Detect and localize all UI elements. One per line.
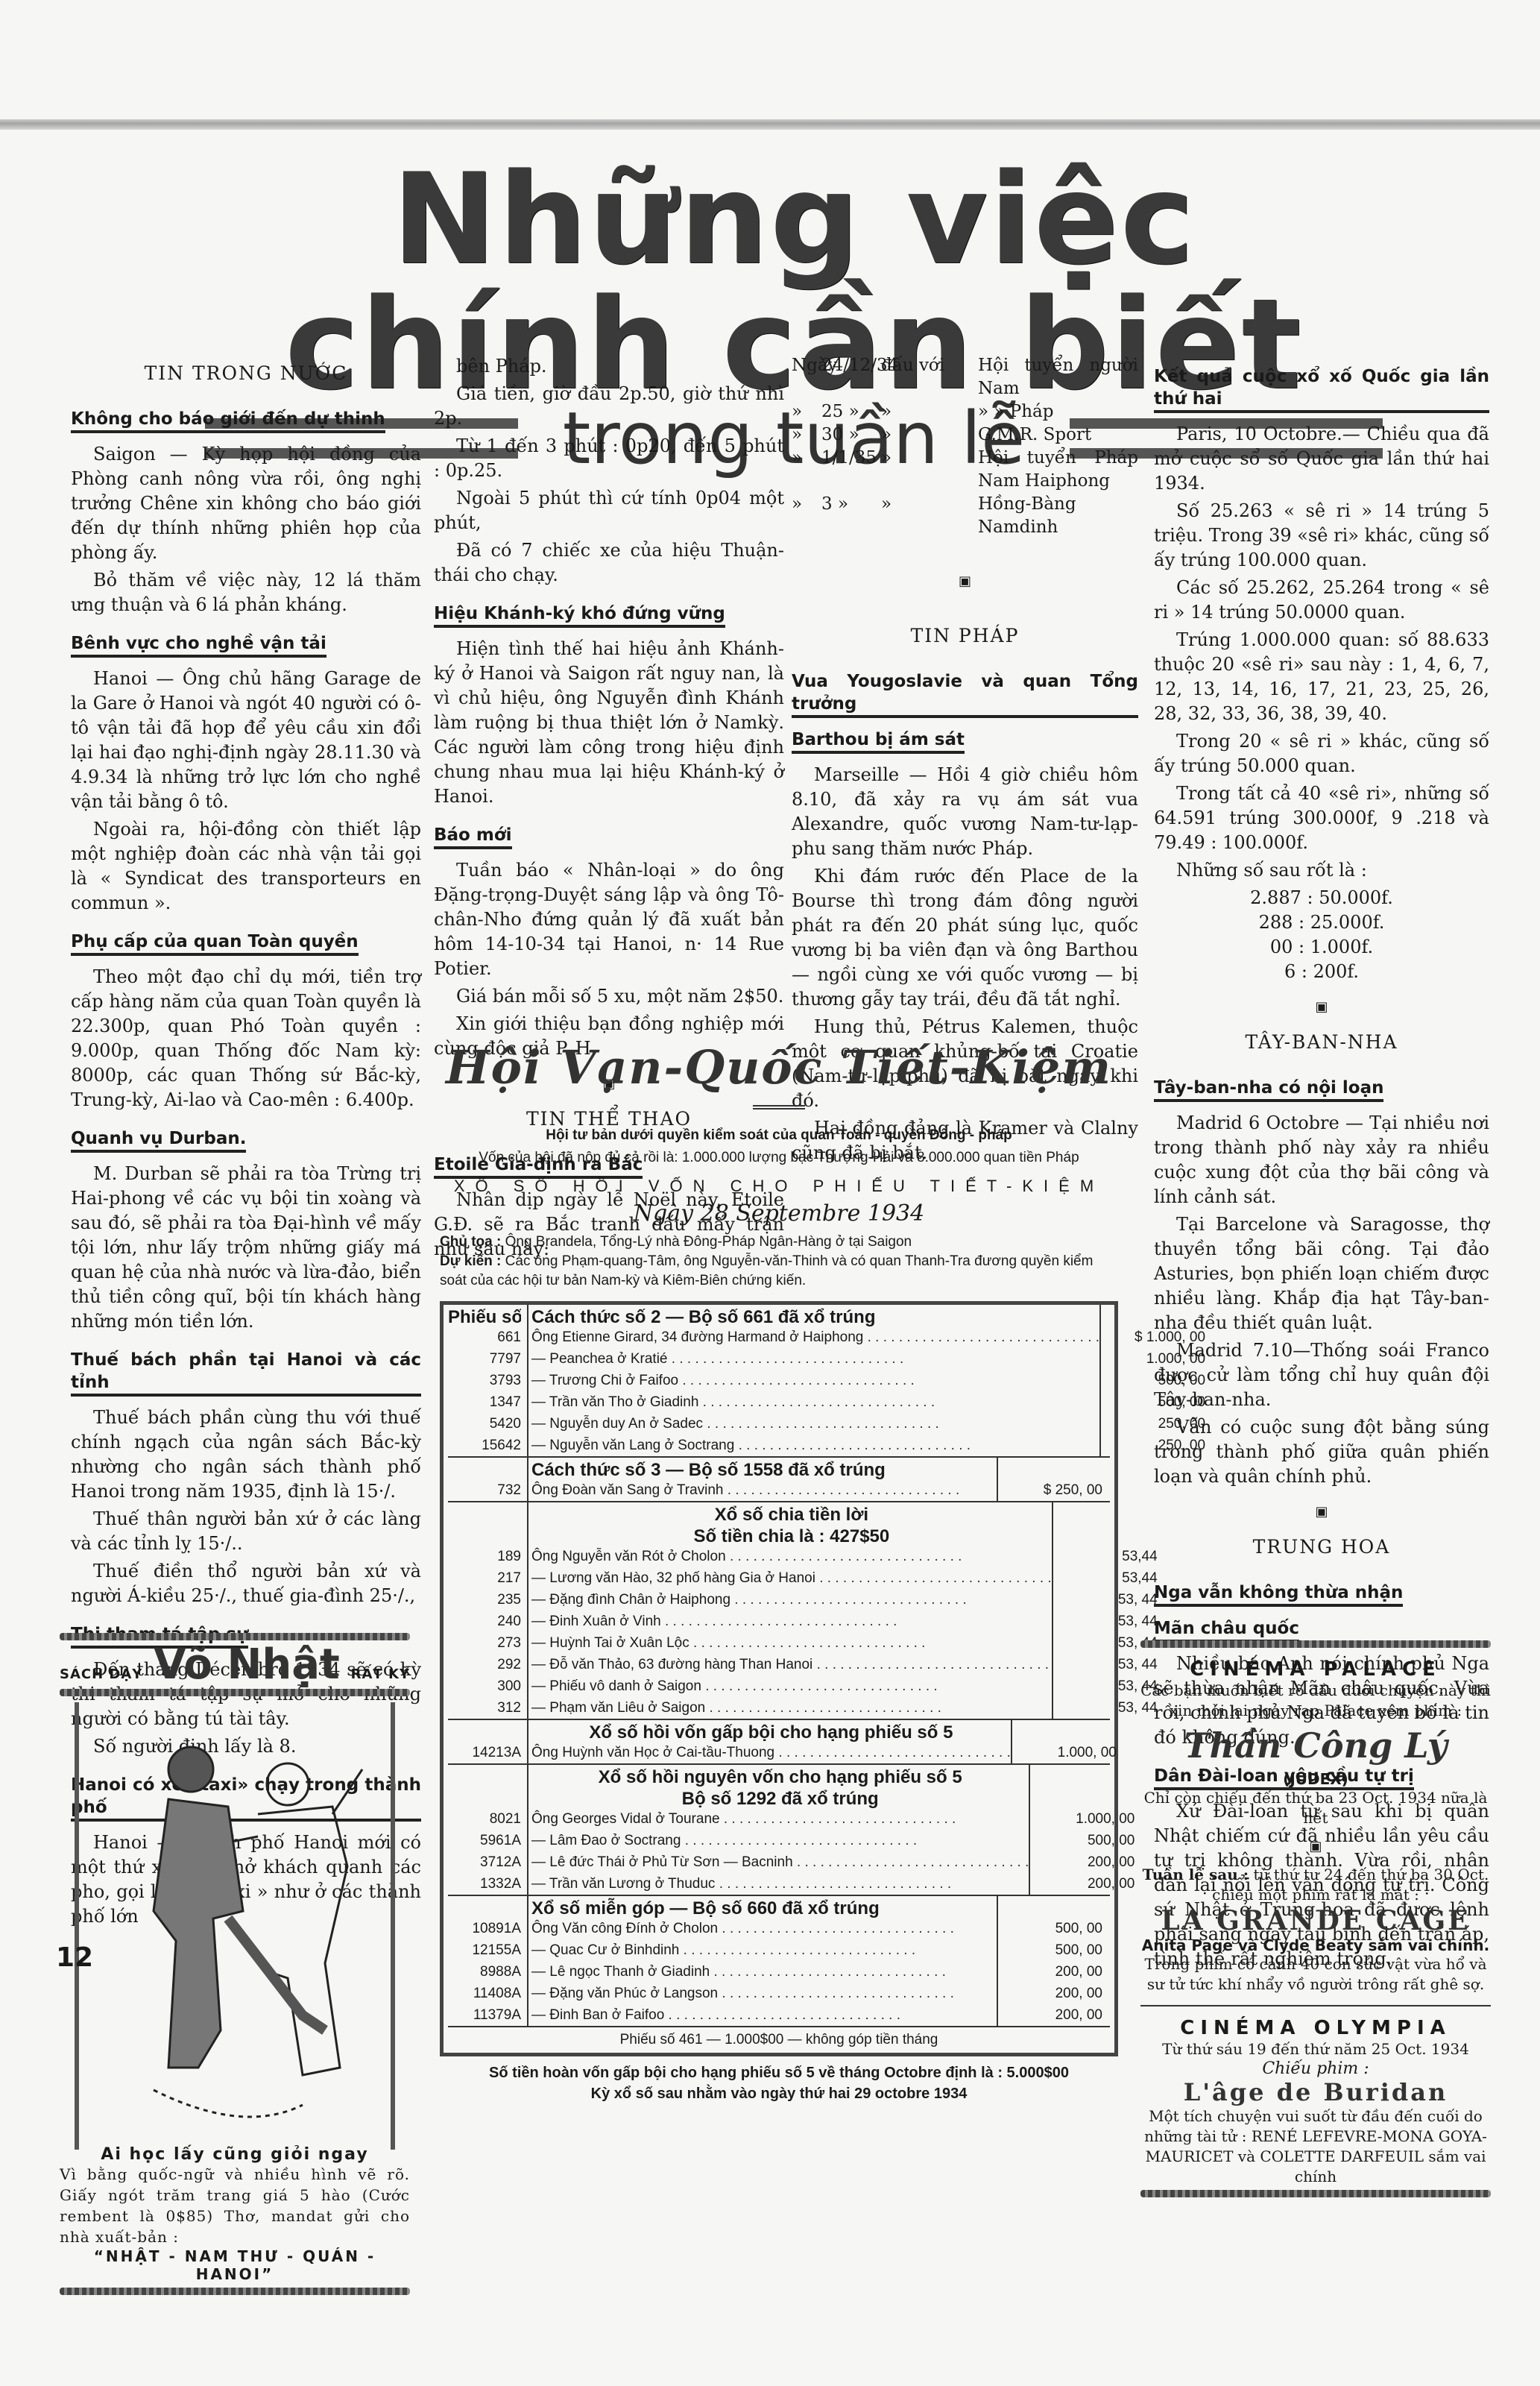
film-description: Một tích chuyện vui suốt từ đầu đến cuối… xyxy=(1140,2106,1491,2187)
ticket-number: 1332A xyxy=(448,1873,521,1895)
prize-amount: 500, 00 xyxy=(998,1939,1102,1961)
fixture-cell: » » Pháp xyxy=(978,400,1138,424)
advert-cinema-palace: CINÉMA PALACE Các bạn muốn biết rõ đầu đ… xyxy=(1140,1640,1491,2197)
group-title: Xổ số hồi vốn gấp bội cho hạng phiếu số … xyxy=(531,1720,1011,1742)
group-title: Xổ số hồi nguyên vốn cho hạng phiếu số 5 xyxy=(531,1765,1029,1787)
prize-amount: 500, 00 xyxy=(1030,1830,1135,1851)
article-paragraph: Những số sau rốt là : xyxy=(1154,858,1489,883)
fixture-cell: » xyxy=(881,447,978,493)
ticket-number: 5961A xyxy=(448,1830,521,1851)
prize-amount: 500, 00 xyxy=(1101,1370,1205,1391)
table-footer: Phiếu số 461 — 1.000$00 — không góp tiền… xyxy=(448,2027,1110,2053)
prize-amounts: 500, 00500, 00200, 00200, 00200, 00 xyxy=(998,1896,1110,2026)
article-paragraph: Tuần báo « Nhân-loại » do ông Đặng-trọng… xyxy=(434,858,784,981)
article-headline: Nga vẫn không thừa nhận xyxy=(1154,1581,1403,1607)
ad-publisher: “NHẬT - NAM THƯ - QUÁN - HANOI” xyxy=(60,2247,410,2283)
fixture-cell: » xyxy=(881,493,978,539)
winner-name: — Quac Cư ở Binhdinh xyxy=(531,1939,997,1961)
divider xyxy=(753,1105,805,1109)
fixture-row: »25 »»» » Pháp xyxy=(792,400,1138,424)
film-cast: Anita Page và Clyde Beaty sắm vai chính. xyxy=(1140,1936,1491,1954)
winner-name: — Trần văn Tho ở Giadinh xyxy=(531,1391,1099,1413)
fixture-cell: » xyxy=(792,400,821,424)
page-number: 12 xyxy=(56,1942,93,1973)
headline-row: Bênh vực cho nghề vận tải xyxy=(71,620,421,667)
fixture-cell: Hồng-Bàng Namdinh xyxy=(978,493,1138,539)
ad-body: Vì bằng quốc-ngữ và nhiều hình vẽ rõ. Gi… xyxy=(60,2164,410,2247)
article-paragraph: Theo một đạo chỉ dụ mới, tiền trợ cấp hà… xyxy=(71,965,421,1112)
article-paragraph: Thuế bách phần cùng thu với thuế chính n… xyxy=(71,1406,421,1504)
next-week-note: chiếu một phim rất lạ mắt : xyxy=(1140,1885,1491,1905)
article-paragraph: Bỏ thăm về việc này, 12 lá thăm ưng thuậ… xyxy=(71,568,421,617)
article-paragraph: Paris, 10 Octobre.— Chiều qua đã mở cuộc… xyxy=(1154,422,1489,496)
prize-amount: 200, 00 xyxy=(998,1961,1102,1983)
film-description: Trong phim có cảnh 40 con súc vật vừa hổ… xyxy=(1140,1954,1491,1995)
article-paragraph: Khi đám rước đến Place de la Bourse thì … xyxy=(792,864,1138,1012)
spacer xyxy=(448,1502,521,1524)
winner-name: Ông Huỳnh văn Học ở Cai-tầu-Thuong xyxy=(531,1742,1011,1763)
result-group: 80215961A3712A1332AXổ số hồi nguyên vốn … xyxy=(448,1765,1110,1896)
article-paragraph: Trong tất cả 40 «sê ri», những số 64.591… xyxy=(1154,781,1489,855)
prize-row: 288 : 25.000f. xyxy=(1154,910,1489,935)
ticket-number: 3712A xyxy=(448,1851,521,1873)
ad-pre: SÁCH DẠY xyxy=(60,1666,142,1682)
article-headline: Kết quả cuộc xổ xố Quốc gia lần thứ hai xyxy=(1154,365,1489,413)
headline-row: Thuế bách phần tại Hanoi và các tỉnh xyxy=(71,1337,421,1406)
winner-name: — Trương Chi ở Faifoo xyxy=(531,1370,1099,1391)
top-border-rule xyxy=(0,119,1540,130)
refund-note: Số tiền hoàn vốn gấp bội cho hạng phiếu … xyxy=(440,2062,1118,2083)
winner-name: — Nguyễn duy An ở Sadec xyxy=(531,1413,1099,1435)
article-paragraph: Thuế điền thổ người bản xứ và người Á-ki… xyxy=(71,1559,421,1608)
film-title: LA GRANDE CAGE xyxy=(1140,1905,1491,1936)
winner-name: — Đinh Xuân ở Vinh xyxy=(531,1611,1052,1632)
news-article: Báo mớiTuần báo « Nhân-loại » do ông Đặn… xyxy=(434,812,784,1061)
film-title: Thần Công Lý xyxy=(1140,1725,1491,1766)
article-headline: Báo mới xyxy=(434,824,512,849)
fixture-cell: 30 » xyxy=(821,424,881,447)
winner-names: Xổ số hồi vốn gấp bội cho hạng phiếu số … xyxy=(528,1720,1012,1763)
ticket-number: 189 xyxy=(448,1546,521,1567)
article-paragraph: Hanoi — Ông chủ hãng Garage de la Gare ở… xyxy=(71,667,421,814)
article-headline: Hiệu Khánh-ký khó đứng vững xyxy=(434,602,725,628)
ornamental-border xyxy=(60,1633,410,1640)
ornamental-border xyxy=(60,1689,410,1696)
winner-names: Cách thức số 2 — Bộ số 661 đã xổ trúngÔn… xyxy=(528,1305,1101,1456)
winner-name: — Lương văn Hào, 32 phố hàng Gia ở Hanoi xyxy=(531,1567,1052,1589)
news-article: Bênh vực cho nghề vận tảiHanoi — Ông chủ… xyxy=(71,620,421,916)
news-article: Phụ cấp của quan Toàn quyềnTheo một đạo … xyxy=(71,919,421,1112)
winner-name: — Đặng đình Chân ở Haiphong xyxy=(531,1589,1052,1611)
ticket-number: 15642 xyxy=(448,1435,521,1456)
ticket-number: 235 xyxy=(448,1589,521,1611)
prize-amounts: $ 250, 00 xyxy=(998,1458,1110,1501)
article-headline: Mãn châu quốc xyxy=(1154,1617,1299,1643)
fixture-cell: » xyxy=(792,447,821,493)
ticket-number: 1347 xyxy=(448,1391,521,1413)
article-paragraph: Các số 25.262, 25.264 trong « sê ri » 14… xyxy=(1154,576,1489,625)
spacer xyxy=(448,1524,521,1546)
prize-row: 2.887 : 50.000f. xyxy=(1154,886,1489,910)
ornamental-border xyxy=(1140,2190,1491,2197)
winner-name: Ông Georges Vidal ở Tourane xyxy=(531,1808,1029,1830)
prize-amount: 250, 00 xyxy=(1101,1435,1205,1456)
article-paragraph: Marseille — Hồi 4 giờ chiều hôm 8.10, đã… xyxy=(792,763,1138,861)
ticket-number: 8988A xyxy=(448,1961,521,1983)
ticket-numbers: 10891A12155A8988A11408A11379A xyxy=(448,1896,528,2026)
fixture-cell: Hội tuyển người Nam xyxy=(978,354,1138,400)
savings-lottery-advert: Hội Vạn-Quốc Tiết-Kiệm Hội tư bản dưới q… xyxy=(440,1040,1118,2104)
draw-date: Ngày 28 Septembre 1934 xyxy=(440,1200,1118,1227)
prize-amount: 200, 00 xyxy=(998,2004,1102,2026)
winner-name: — Lê ngọc Thanh ở Giadinh xyxy=(531,1961,997,1983)
prize-amount: 500, 00 xyxy=(1101,1391,1205,1413)
fixture-cell: G.M.R. Sport xyxy=(978,424,1138,447)
spacer xyxy=(448,1896,521,1918)
next-week-label: Tuần lễ sau : xyxy=(1143,1866,1249,1883)
result-group: 10891A12155A8988A11408A11379AXổ số miễn … xyxy=(448,1896,1110,2027)
prize-amount: 200, 00 xyxy=(1030,1873,1135,1895)
prize-amount: 53,44 xyxy=(1053,1567,1158,1589)
article-paragraph: Saigon — Kỳ họp hội đồng của Phòng canh … xyxy=(71,442,421,565)
ticket-number: 312 xyxy=(448,1697,521,1719)
ornamental-border xyxy=(60,2288,410,2295)
article-headline: Barthou bị ám sát xyxy=(792,728,965,754)
winner-name: — Đặng văn Phúc ở Langson xyxy=(531,1983,997,2004)
winner-name: — Lâm Đao ở Soctrang xyxy=(531,1830,1029,1851)
spacer xyxy=(448,1765,521,1787)
article-paragraph: Giá bán mỗi số 5 xu, một năm 2$50. xyxy=(434,984,784,1009)
ticket-number: 11408A xyxy=(448,1983,521,2004)
prize-amounts: 1.000, 00 xyxy=(1012,1720,1124,1763)
winner-names: Xổ số chia tiền lờiSố tiền chia là : 427… xyxy=(528,1502,1053,1719)
fixture-row: »30 »»G.M.R. Sport xyxy=(792,424,1138,447)
spacer xyxy=(1053,1502,1158,1524)
spacer xyxy=(998,1896,1102,1918)
news-article: Quanh vụ Durban.M. Durban sẽ phải ra tòa… xyxy=(71,1115,421,1334)
article-paragraph: Ngoài ra, hội-đồng còn thiết lập một ngh… xyxy=(71,817,421,916)
article-paragraph: Trúng 1.000.000 quan: số 88.633 thuộc 20… xyxy=(1154,628,1489,726)
ticket-number: 3793 xyxy=(448,1370,521,1391)
ticket-number: 8021 xyxy=(448,1808,521,1830)
fixture-cell: 24/12/34 xyxy=(821,354,881,400)
fixture-row: »3 »»Hồng-Bàng Namdinh xyxy=(792,493,1138,539)
fixture-cell: » xyxy=(881,424,978,447)
fixture-row: Ngày24/12/34đấu vớiHội tuyển người Nam xyxy=(792,354,1138,400)
martial-arts-illustration-icon xyxy=(109,1717,377,2135)
ticket-numbers: 80215961A3712A1332A xyxy=(448,1765,528,1895)
winner-names: Xổ số hồi nguyên vốn cho hạng phiếu số 5… xyxy=(528,1765,1030,1895)
group-title: Xổ số miễn góp — Bộ số 660 đã xổ trúng xyxy=(531,1896,997,1918)
prize-amount: $ 1.000, 00 xyxy=(1101,1326,1205,1348)
result-group: 14213AXổ số hồi vốn gấp bội cho hạng phi… xyxy=(448,1720,1110,1765)
winner-name: — Huỳnh Tai ở Xuân Lộc xyxy=(531,1632,1052,1654)
article-headline: Tây-ban-nha có nội loạn xyxy=(1154,1077,1383,1102)
cinema-name: CINÉMA PALACE xyxy=(1140,1658,1491,1681)
prize-amount: 250, 00 xyxy=(1101,1413,1205,1435)
witness-value: Các ông Phạm-quang-Tâm, ông Nguyễn-văn-T… xyxy=(440,1253,1093,1288)
winner-name: — Đinh Ban ở Faifoo xyxy=(531,2004,997,2026)
ticket-number: 10891A xyxy=(448,1918,521,1939)
ticket-number: 217 xyxy=(448,1567,521,1589)
ticket-number: 661 xyxy=(448,1326,521,1348)
spacer xyxy=(998,1458,1102,1479)
prize-row: 6 : 200f. xyxy=(1154,960,1489,984)
section-title: TÂY-BAN-NHA xyxy=(1154,1030,1489,1054)
cinema-name: CINÉMA OLYMPIA xyxy=(1140,2017,1491,2039)
result-group: Phiếu số661779737931347542015642Cách thứ… xyxy=(448,1305,1110,1458)
article-continuation: bên Pháp.Giá tiền, giờ đầu 2p.50, giờ th… xyxy=(434,354,784,588)
news-article: Hiệu Khánh-ký khó đứng vữngHiện tình thế… xyxy=(434,591,784,809)
film-title: L'âge de Buridan xyxy=(1140,2078,1491,2106)
article-paragraph: Hiện tình thế hai hiệu ảnh Khánh-ký ở Ha… xyxy=(434,637,784,809)
ticket-number: 273 xyxy=(448,1632,521,1654)
article-paragraph: Trong 20 « sê ri » khác, cũng số ấy trún… xyxy=(1154,729,1489,778)
article-headline: Vua Yougoslavie và quan Tổng trưởng xyxy=(792,670,1138,718)
ornament-icon: ▣ xyxy=(1154,995,1489,1019)
group-subtitle: Số tiền chia là : 427$50 xyxy=(531,1524,1052,1546)
article-headline: Thuế bách phần tại Hanoi và các tỉnh xyxy=(71,1349,421,1397)
divider xyxy=(1140,2005,1491,2006)
winner-name: — Đỗ văn Thảo, 63 đường hàng Than Hanoi xyxy=(531,1654,1052,1675)
winner-name: Ông Văn công Đính ở Cholon xyxy=(531,1918,997,1939)
prize-amount: 1.000, 00 xyxy=(1030,1808,1135,1830)
prize-row: 00 : 1.000f. xyxy=(1154,935,1489,960)
ornament-icon: ▣ xyxy=(1154,1499,1489,1524)
showing-until: Chỉ còn chiếu đến thứ ba 23 Oct. 1934 nữ… xyxy=(1140,1788,1491,1828)
prize-amount: 200, 00 xyxy=(998,1983,1102,2004)
section-title: TRUNG HOA xyxy=(1154,1534,1489,1559)
ticket-numbers: Phiếu số661779737931347542015642 xyxy=(448,1305,528,1456)
group-title: Cách thức số 2 — Bộ số 661 đã xổ trúng xyxy=(531,1305,1099,1326)
winner-names: Cách thức số 3 — Bộ số 1558 đã xổ trúngÔ… xyxy=(528,1458,998,1501)
winner-names: Xổ số miễn góp — Bộ số 660 đã xổ trúngÔn… xyxy=(528,1896,998,2026)
group-title: Cách thức số 3 — Bộ số 1558 đã xổ trúng xyxy=(531,1458,997,1479)
spacer xyxy=(448,1787,521,1808)
article-headline: Quanh vụ Durban. xyxy=(71,1127,246,1153)
ticket-numbers: 189217235240273292300312 xyxy=(448,1502,528,1719)
prize-amount: 1.000, 00 xyxy=(1101,1348,1205,1370)
news-article: Không cho báo giới đến dự thinhSaigon — … xyxy=(71,396,421,617)
article-paragraph: Giá tiền, giờ đầu 2p.50, giờ thứ nhì 2p. xyxy=(434,382,784,431)
prize-amount: $ 250, 00 xyxy=(998,1479,1102,1501)
headline-row: Phụ cấp của quan Toàn quyền xyxy=(71,919,421,965)
article-paragraph: Từ 1 đến 3 phút : 0p20, đến 5 phút : 0p.… xyxy=(434,434,784,483)
article-paragraph: bên Pháp. xyxy=(434,354,784,379)
spacer xyxy=(1101,1305,1205,1326)
fixture-cell: » xyxy=(881,400,978,424)
lottery-brand: Hội Vạn-Quốc Tiết-Kiệm xyxy=(440,1040,1118,1095)
headline-row: Hiệu Khánh-ký khó đứng vững xyxy=(434,591,784,637)
headline-row: Quanh vụ Durban. xyxy=(71,1115,421,1162)
prize-amount: 1.000, 00 xyxy=(1012,1742,1117,1763)
article-paragraph: Thuế thân người bản xứ ở các làng và các… xyxy=(71,1507,421,1556)
results-table: Phiếu số661779737931347542015642Cách thứ… xyxy=(440,1301,1118,2056)
section-title: TIN PHÁP xyxy=(792,623,1138,648)
next-draw-note: Kỳ xổ số sau nhằm vào ngày thứ hai 29 oc… xyxy=(440,2083,1118,2104)
ticket-number: 732 xyxy=(448,1479,521,1501)
fixture-cell: 3 » xyxy=(821,493,881,539)
winner-name: Ông Đoàn văn Sang ở Travinh xyxy=(531,1479,997,1501)
lottery-line-2: Vốn của hội đã nộp đủ cả rồi là: 1.000.0… xyxy=(440,1147,1118,1169)
witness-label: Dự kiến : xyxy=(440,1253,501,1269)
ticket-number: 14213A xyxy=(448,1742,521,1763)
spacer xyxy=(448,1720,521,1742)
fixture-cell: » xyxy=(792,493,821,539)
prize-amounts: 1.000, 00500, 00200, 00200, 00 xyxy=(1030,1765,1142,1895)
spacer xyxy=(448,1458,521,1479)
chair-value: Ông Brandela, Tổng-Lý nhà Đông-Pháp Ngân… xyxy=(505,1234,912,1250)
group-subtitle: Bộ số 1292 đã xổ trúng xyxy=(531,1787,1029,1808)
lottery-line-1: Hội tư bản dưới quyền kiểm soát của quan… xyxy=(440,1124,1118,1147)
article-paragraph: Số 25.263 « sê ri » 14 trúng 5 triệu. Tr… xyxy=(1154,499,1489,573)
next-week-dates: từ thứ tư 24 đến thứ ba 30 Oct. xyxy=(1253,1866,1489,1883)
section-title: TIN TRONG NƯỚC xyxy=(71,361,421,385)
prize-amount: 500, 00 xyxy=(998,1918,1102,1939)
prize-amount: 53, 44 xyxy=(1053,1611,1158,1632)
ad-post: RẤT KỸ xyxy=(351,1666,410,1682)
advert-vo-nhat: SÁCH DẠY Võ Nhật RẤT KỸ Ai học lấy cũng … xyxy=(60,1633,410,2295)
film-alt-title: (JUDEX) xyxy=(1140,1770,1491,1788)
winner-name: — Trần văn Lương ở Thuduc xyxy=(531,1873,1029,1895)
news-article: Thuế bách phần tại Hanoi và các tỉnhThuế… xyxy=(71,1337,421,1608)
ticket-number: 5420 xyxy=(448,1413,521,1435)
group-title: Xổ số chia tiền lời xyxy=(531,1502,1052,1524)
prize-amount: 200, 00 xyxy=(1030,1851,1135,1873)
article-headline: Phụ cấp của quan Toàn quyền xyxy=(71,931,359,956)
prize-amount: 53, 44 xyxy=(1053,1589,1158,1611)
winner-name: — Lê đức Thái ở Phủ Từ Sơn — Bacninh xyxy=(531,1851,1029,1873)
prize-amount: 53,44 xyxy=(1053,1546,1158,1567)
article-paragraph: Madrid 6 Octobre — Tại nhiều nơi trong t… xyxy=(1154,1111,1489,1209)
headline-row: Báo mới xyxy=(434,812,784,858)
prize-amounts: $ 1.000, 001.000, 00500, 00500, 00250, 0… xyxy=(1101,1305,1213,1456)
fixture-cell: Hội tuyển Pháp Nam Haiphong xyxy=(978,447,1138,493)
fixture-cell: » xyxy=(792,424,821,447)
article-list: Hiệu Khánh-ký khó đứng vữngHiện tình thế… xyxy=(434,591,784,1061)
fixture-cell: đấu với xyxy=(881,354,978,400)
spacer xyxy=(1030,1787,1135,1808)
ticket-numbers: 732 xyxy=(448,1458,528,1501)
article-paragraph: Đã có 7 chiếc xe của hiệu Thuận-thái cho… xyxy=(434,538,784,588)
ornament-icon: ▣ xyxy=(792,569,1138,594)
draw-title: XỔ SỐ HỒI VỐN CHO PHIẾU TIẾT-KIỆM xyxy=(440,1177,1118,1196)
fixture-cell: Ngày xyxy=(792,354,821,400)
cinema-intro: Các bạn muốn biết rõ đầu đuôi chuyện này… xyxy=(1140,1681,1491,1721)
winner-name: — Peanchea ở Kratié xyxy=(531,1348,1099,1370)
ticket-number: 240 xyxy=(448,1611,521,1632)
ticket-number: 12155A xyxy=(448,1939,521,1961)
ticket-number: 7797 xyxy=(448,1348,521,1370)
winner-name: — Nguyễn văn Lang ở Soctrang xyxy=(531,1435,1099,1456)
winner-name: Ông Nguyễn văn Rót ở Cholon xyxy=(531,1546,1052,1567)
fixture-cell: 1/1/35 xyxy=(821,447,881,493)
showing-label: Chiếu phim : xyxy=(1140,2059,1491,2078)
winner-name: — Phạm văn Liêu ở Saigon xyxy=(531,1697,1052,1719)
ticket-number: 11379A xyxy=(448,2004,521,2026)
showing-dates: Từ thứ sáu 19 đến thứ năm 25 Oct. 1934 xyxy=(1140,2039,1491,2059)
winner-name: — Phiếu vô danh ở Saigon xyxy=(531,1675,1052,1697)
article-paragraph: Ngoài 5 phút thì cứ tính 0p04 một phút, xyxy=(434,486,784,535)
article-headline: Bênh vực cho nghề vận tải xyxy=(71,632,326,658)
ticket-numbers: 14213A xyxy=(448,1720,528,1763)
chair-label: Chủ tọa : xyxy=(440,1234,501,1250)
ticket-number: 300 xyxy=(448,1675,521,1697)
ornament-icon: ▣ xyxy=(1140,1839,1491,1854)
fixture-row: »1/1/35»Hội tuyển Pháp Nam Haiphong xyxy=(792,447,1138,493)
spacer xyxy=(1053,1524,1158,1546)
result-group: 189217235240273292300312Xổ số chia tiền … xyxy=(448,1502,1110,1720)
headline-row: Không cho báo giới đến dự thinh xyxy=(71,396,421,442)
article-paragraph: M. Durban sẽ phải ra tòa Trừng trị Hai-p… xyxy=(71,1162,421,1334)
article-body: Paris, 10 Octobre.— Chiều qua đã mở cuộc… xyxy=(1154,422,1489,883)
prize-list: 2.887 : 50.000f.288 : 25.000f.00 : 1.000… xyxy=(1154,886,1489,984)
ad-title: Võ Nhật xyxy=(154,1640,340,1689)
result-group: 732Cách thức số 3 — Bộ số 1558 đã xổ trú… xyxy=(448,1458,1110,1502)
spacer xyxy=(1012,1720,1117,1742)
fixtures-table: Ngày24/12/34đấu vớiHội tuyển người Nam»2… xyxy=(792,354,1138,539)
article-headline: Không cho báo giới đến dự thinh xyxy=(71,408,385,433)
ticket-number: 292 xyxy=(448,1654,521,1675)
column-header: Phiếu số xyxy=(448,1305,521,1326)
fixture-cell: 25 » xyxy=(821,400,881,424)
spacer xyxy=(1030,1765,1135,1787)
ornamental-border xyxy=(1140,1640,1491,1648)
winner-name: Ông Etienne Girard, 34 đường Harmand ở H… xyxy=(531,1326,1099,1348)
illustration-frame xyxy=(75,1702,395,2150)
